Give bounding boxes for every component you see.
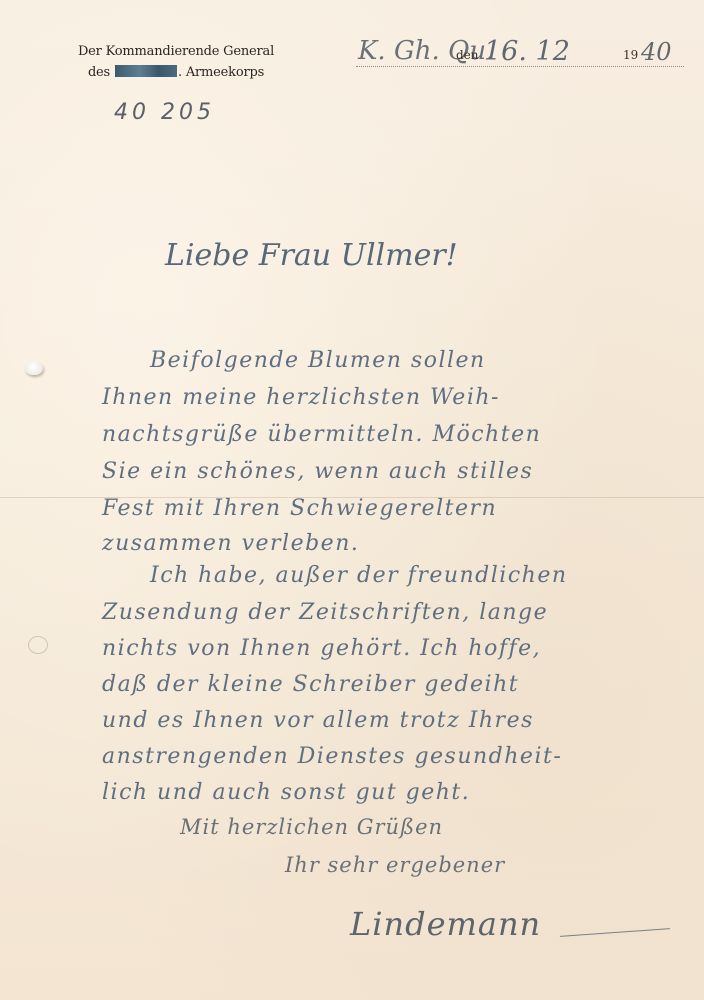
dateline-year-prefix: 19	[623, 48, 638, 62]
salutation: Liebe Frau Ullmer!	[165, 238, 458, 273]
body-line: Fest mit Ihren Schwiegereltern	[102, 496, 497, 521]
body-line: Ich habe, außer der freundlichen	[150, 563, 568, 588]
closing-valediction: Ihr sehr ergebener	[285, 853, 505, 877]
body-line: Zusendung der Zeitschriften, lange	[102, 600, 548, 625]
body-line: Beifolgende Blumen sollen	[150, 348, 486, 373]
letterhead-line-2: des . Armeekorps	[56, 62, 296, 83]
redaction-block	[115, 65, 177, 77]
dateline-date: 16. 12	[484, 36, 570, 67]
body-line: zusammen verleben.	[102, 531, 359, 556]
body-line: nichts von Ihnen gehört. Ich hoffe,	[102, 636, 541, 661]
closing-greeting: Mit herzlichen Grüßen	[180, 815, 443, 839]
body-line: anstrengenden Dienstes gesundheit-	[102, 744, 562, 769]
reference-number: 40 205	[114, 100, 215, 125]
body-line: nachtsgrüße übermitteln. Möchten	[102, 422, 541, 447]
dateline-den-label: den	[456, 48, 479, 62]
letterhead: Der Kommandierende General des . Armeeko…	[56, 41, 296, 83]
body-line: Ihnen meine herzlichsten Weih-	[102, 385, 500, 410]
body-line: und es Ihnen vor allem trotz Ihres	[102, 708, 534, 733]
body-line: lich und auch sonst gut geht.	[102, 780, 470, 805]
letterhead-suffix: . Armeekorps	[178, 65, 264, 80]
dateline-year-suffix: 40	[641, 38, 672, 66]
signature: Lindemann	[350, 905, 541, 943]
body-line: Sie ein schönes, wenn auch stilles	[102, 459, 533, 484]
punch-hole-mark	[28, 636, 48, 654]
dateline: K. Gh. Qu. den 16. 12 19 40	[356, 36, 696, 70]
punch-hole	[25, 361, 43, 375]
letterhead-line-1: Der Kommandierende General	[56, 41, 296, 62]
body-line: daß der kleine Schreiber gedeiht	[102, 672, 519, 697]
letterhead-prefix: des	[88, 65, 110, 80]
